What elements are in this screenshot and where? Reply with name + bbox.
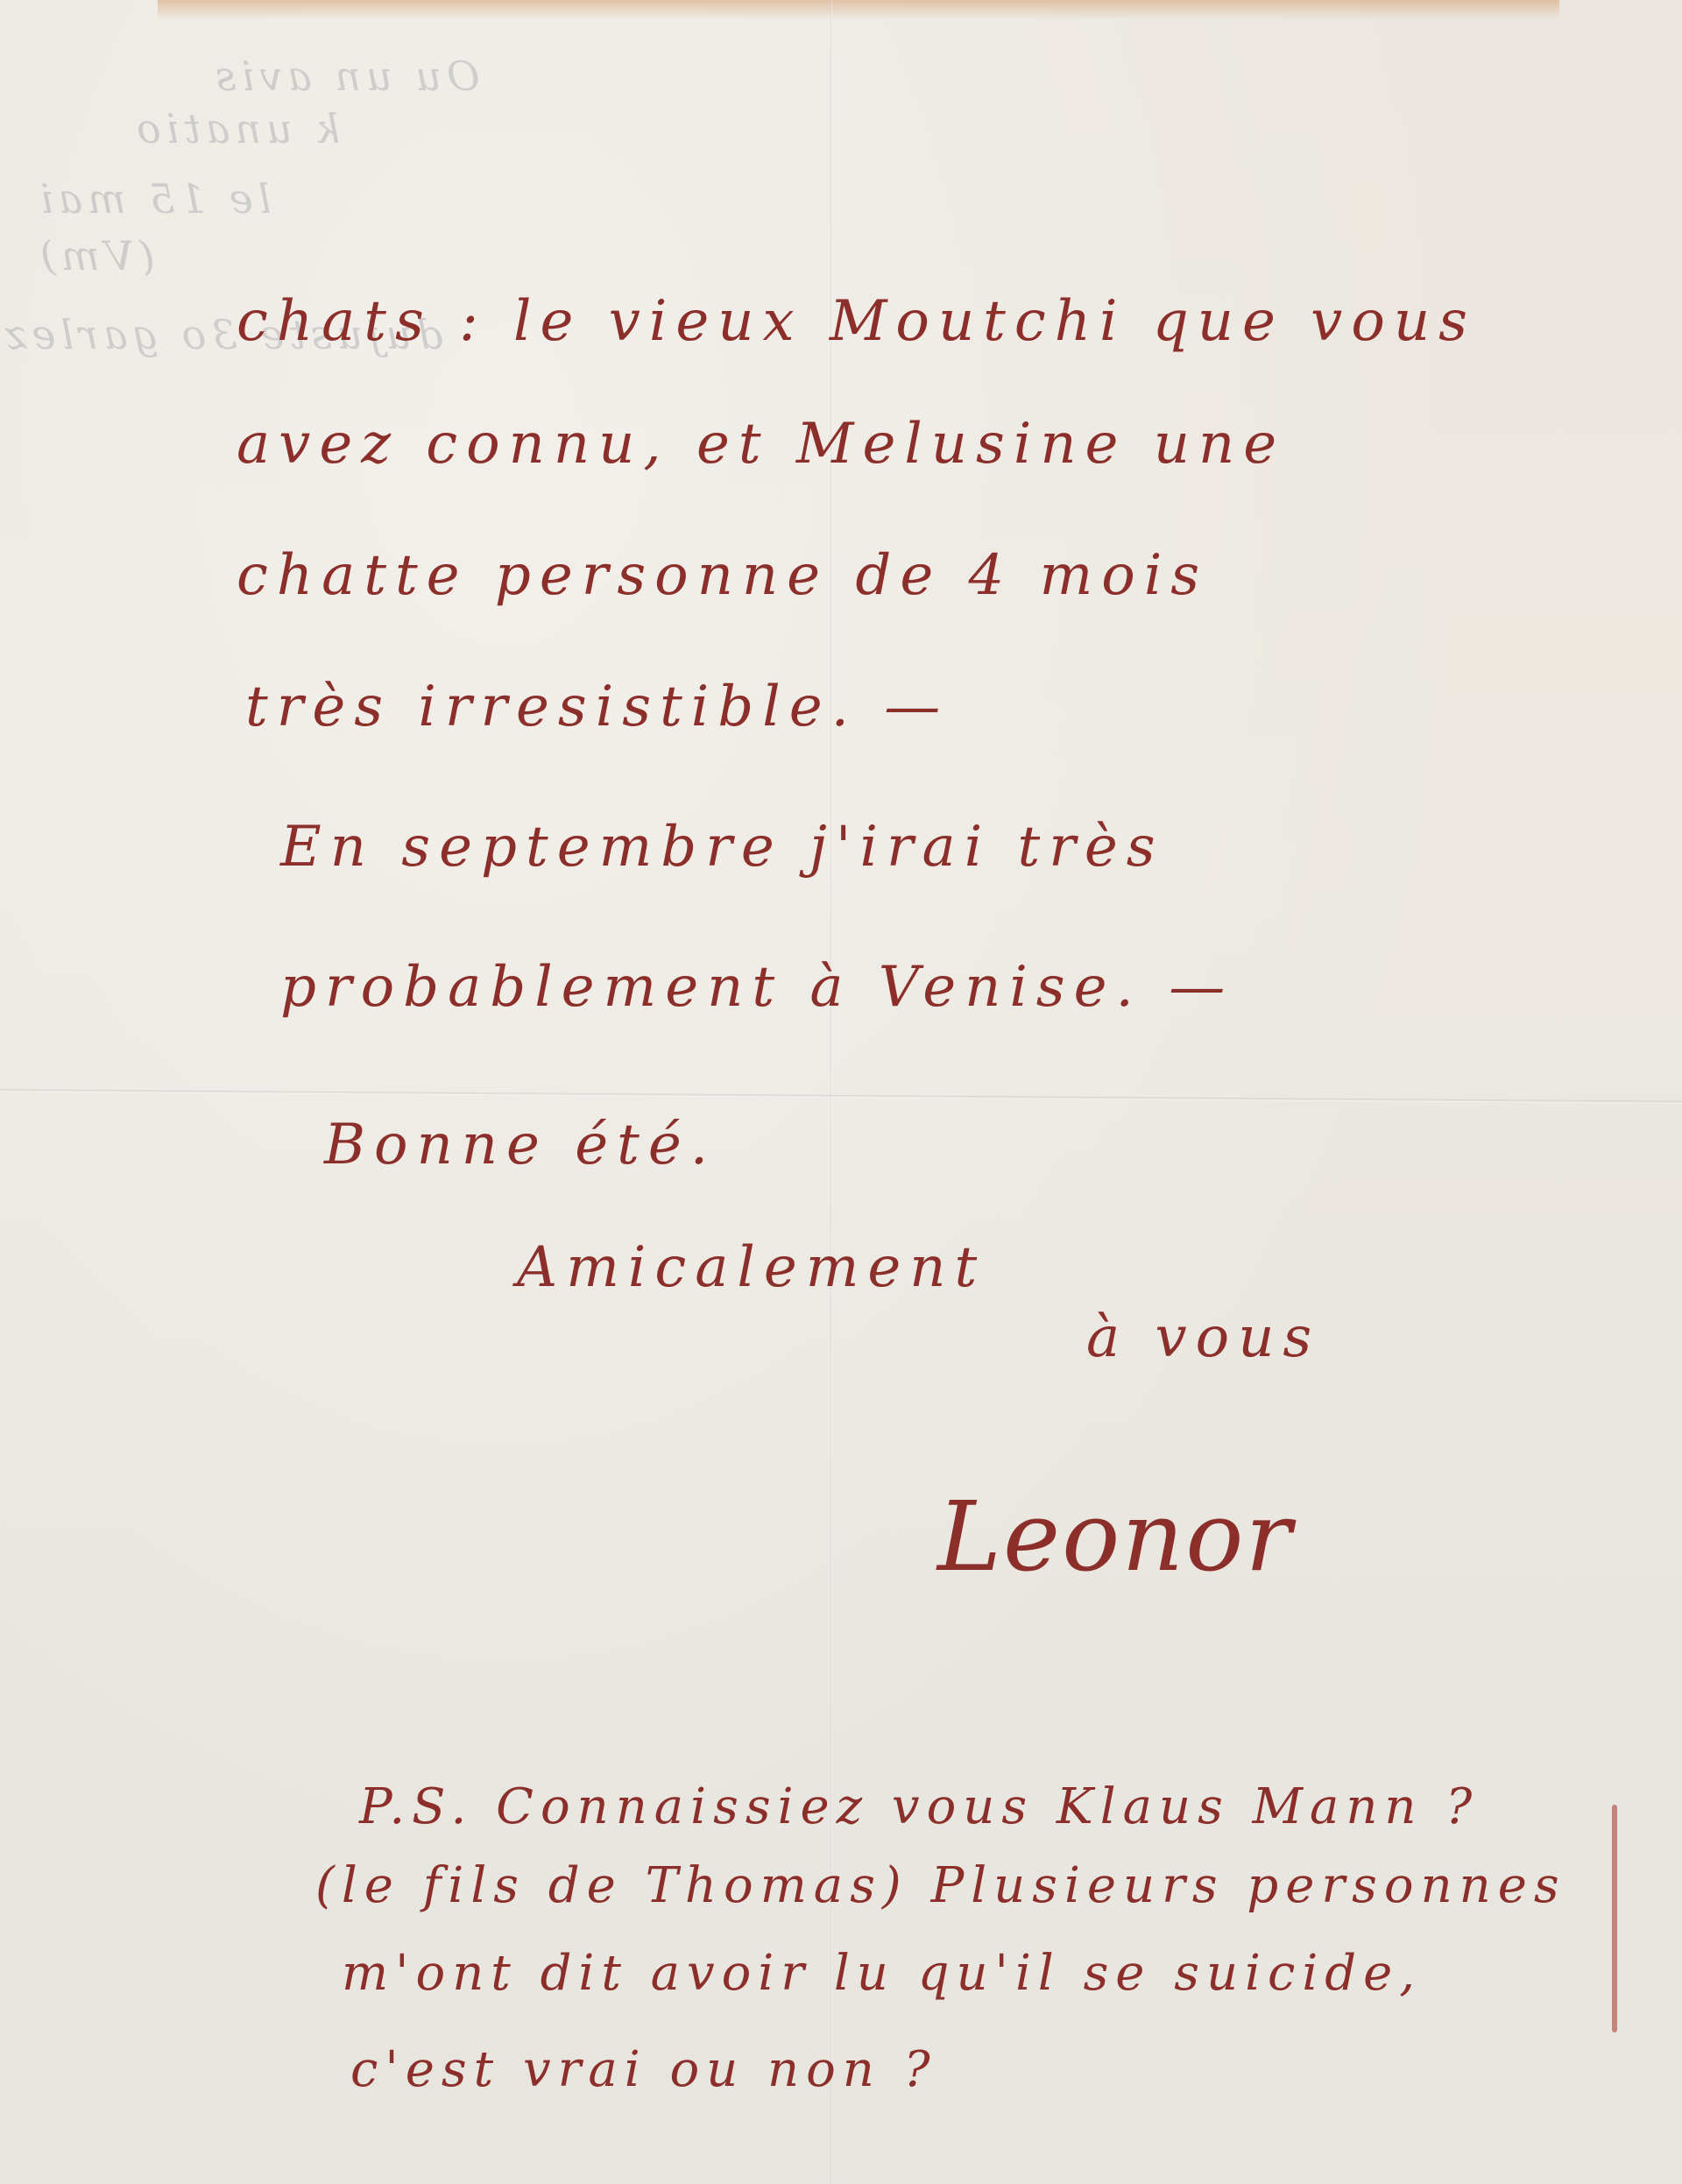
letter-line: Bonne été.	[324, 1113, 717, 1177]
letter-line: chats : le vieux Moutchi que vous	[237, 289, 1476, 354]
postscript-line: m'ont dit avoir lu qu'il se suicide,	[342, 1945, 1422, 2002]
letter-line: probablement à Venise. —	[280, 955, 1233, 1020]
postscript-line: (le fils de Thomas) Plusieurs personnes	[315, 1857, 1566, 1914]
letter-page: Ou un avis k unatio le 15 mai (Vm) dujus…	[0, 0, 1682, 2184]
horizontal-fold-line	[0, 1089, 1682, 1103]
bleed-through-text: k unatio	[131, 105, 340, 152]
postscript-line: P.S. Connaissiez vous Klaus Mann ?	[359, 1778, 1479, 1835]
letter-line: En septembre j'irai très	[280, 815, 1164, 880]
postscript-line: c'est vrai ou non ?	[350, 2041, 937, 2098]
signature: Leonor	[937, 1481, 1293, 1593]
bleed-through-text: (Vm)	[35, 232, 155, 279]
paper-stain	[158, 0, 1559, 19]
letter-line: très irresistible. —	[245, 675, 949, 739]
closing-line: Amicalement	[517, 1235, 986, 1300]
letter-line: avez connu, et Melusine une	[237, 412, 1285, 477]
bleed-through-text: Ou un avis	[210, 53, 480, 100]
margin-ink-mark	[1612, 1805, 1617, 2032]
closing-line: à vous	[1086, 1305, 1320, 1370]
letter-line: chatte personne de 4 mois	[237, 543, 1208, 608]
bleed-through-text: le 15 mai	[35, 175, 271, 223]
